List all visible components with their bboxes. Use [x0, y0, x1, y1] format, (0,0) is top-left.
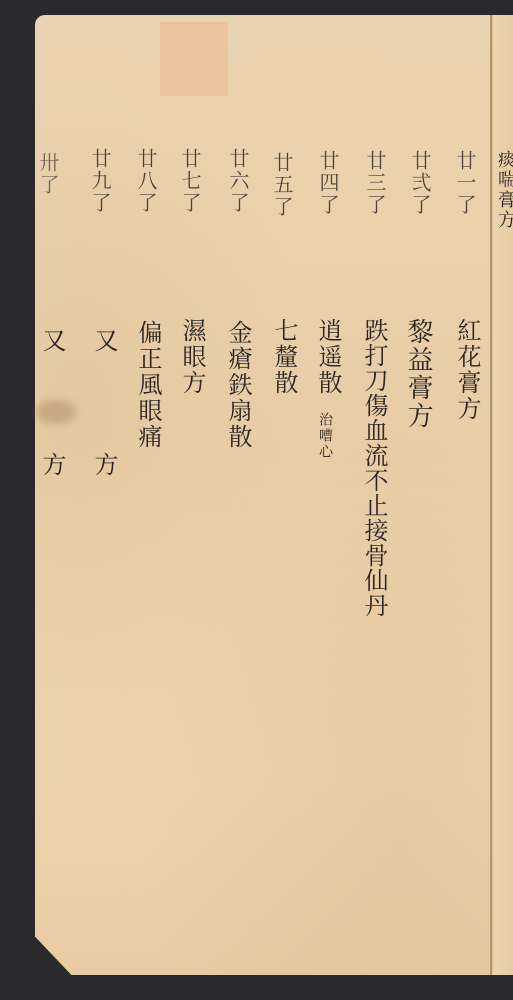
next-page-fragment: 痰喘膏方 [496, 150, 513, 230]
entry-number: 廿六了 [228, 148, 248, 214]
collector-seal [160, 22, 228, 96]
entry-title: 逍遥散 [316, 318, 340, 396]
entry-note: 治嘈心 [318, 412, 332, 460]
entry-title: 金瘡鉄扇散 [226, 320, 250, 450]
entry-title: 紅花膏方 [455, 318, 479, 422]
entry-title: 又方 [92, 328, 116, 576]
entry-number: 廿一了 [455, 150, 475, 216]
entry-number: 廿四了 [318, 150, 338, 216]
entry-number: 廿九了 [90, 148, 110, 214]
entry-title: 又方 [40, 328, 64, 576]
entry-number: 廿八了 [136, 148, 156, 214]
entry-title: 黎益膏方 [405, 318, 431, 430]
entry-number: 廿七了 [180, 148, 200, 214]
page-fold-line [490, 15, 492, 975]
entry-number: 廿三了 [365, 150, 385, 216]
entry-number: 廿五了 [272, 152, 292, 218]
entry-title: 跌打刀傷血流不止接骨仙丹 [362, 318, 386, 618]
entry-title: 偏正風眼痛 [136, 320, 160, 450]
entry-title: 濕眼方 [180, 318, 204, 396]
entry-title: 七釐散 [272, 318, 296, 396]
entry-number: 廿弍了 [410, 150, 430, 216]
entry-number: 卅了 [38, 152, 58, 196]
